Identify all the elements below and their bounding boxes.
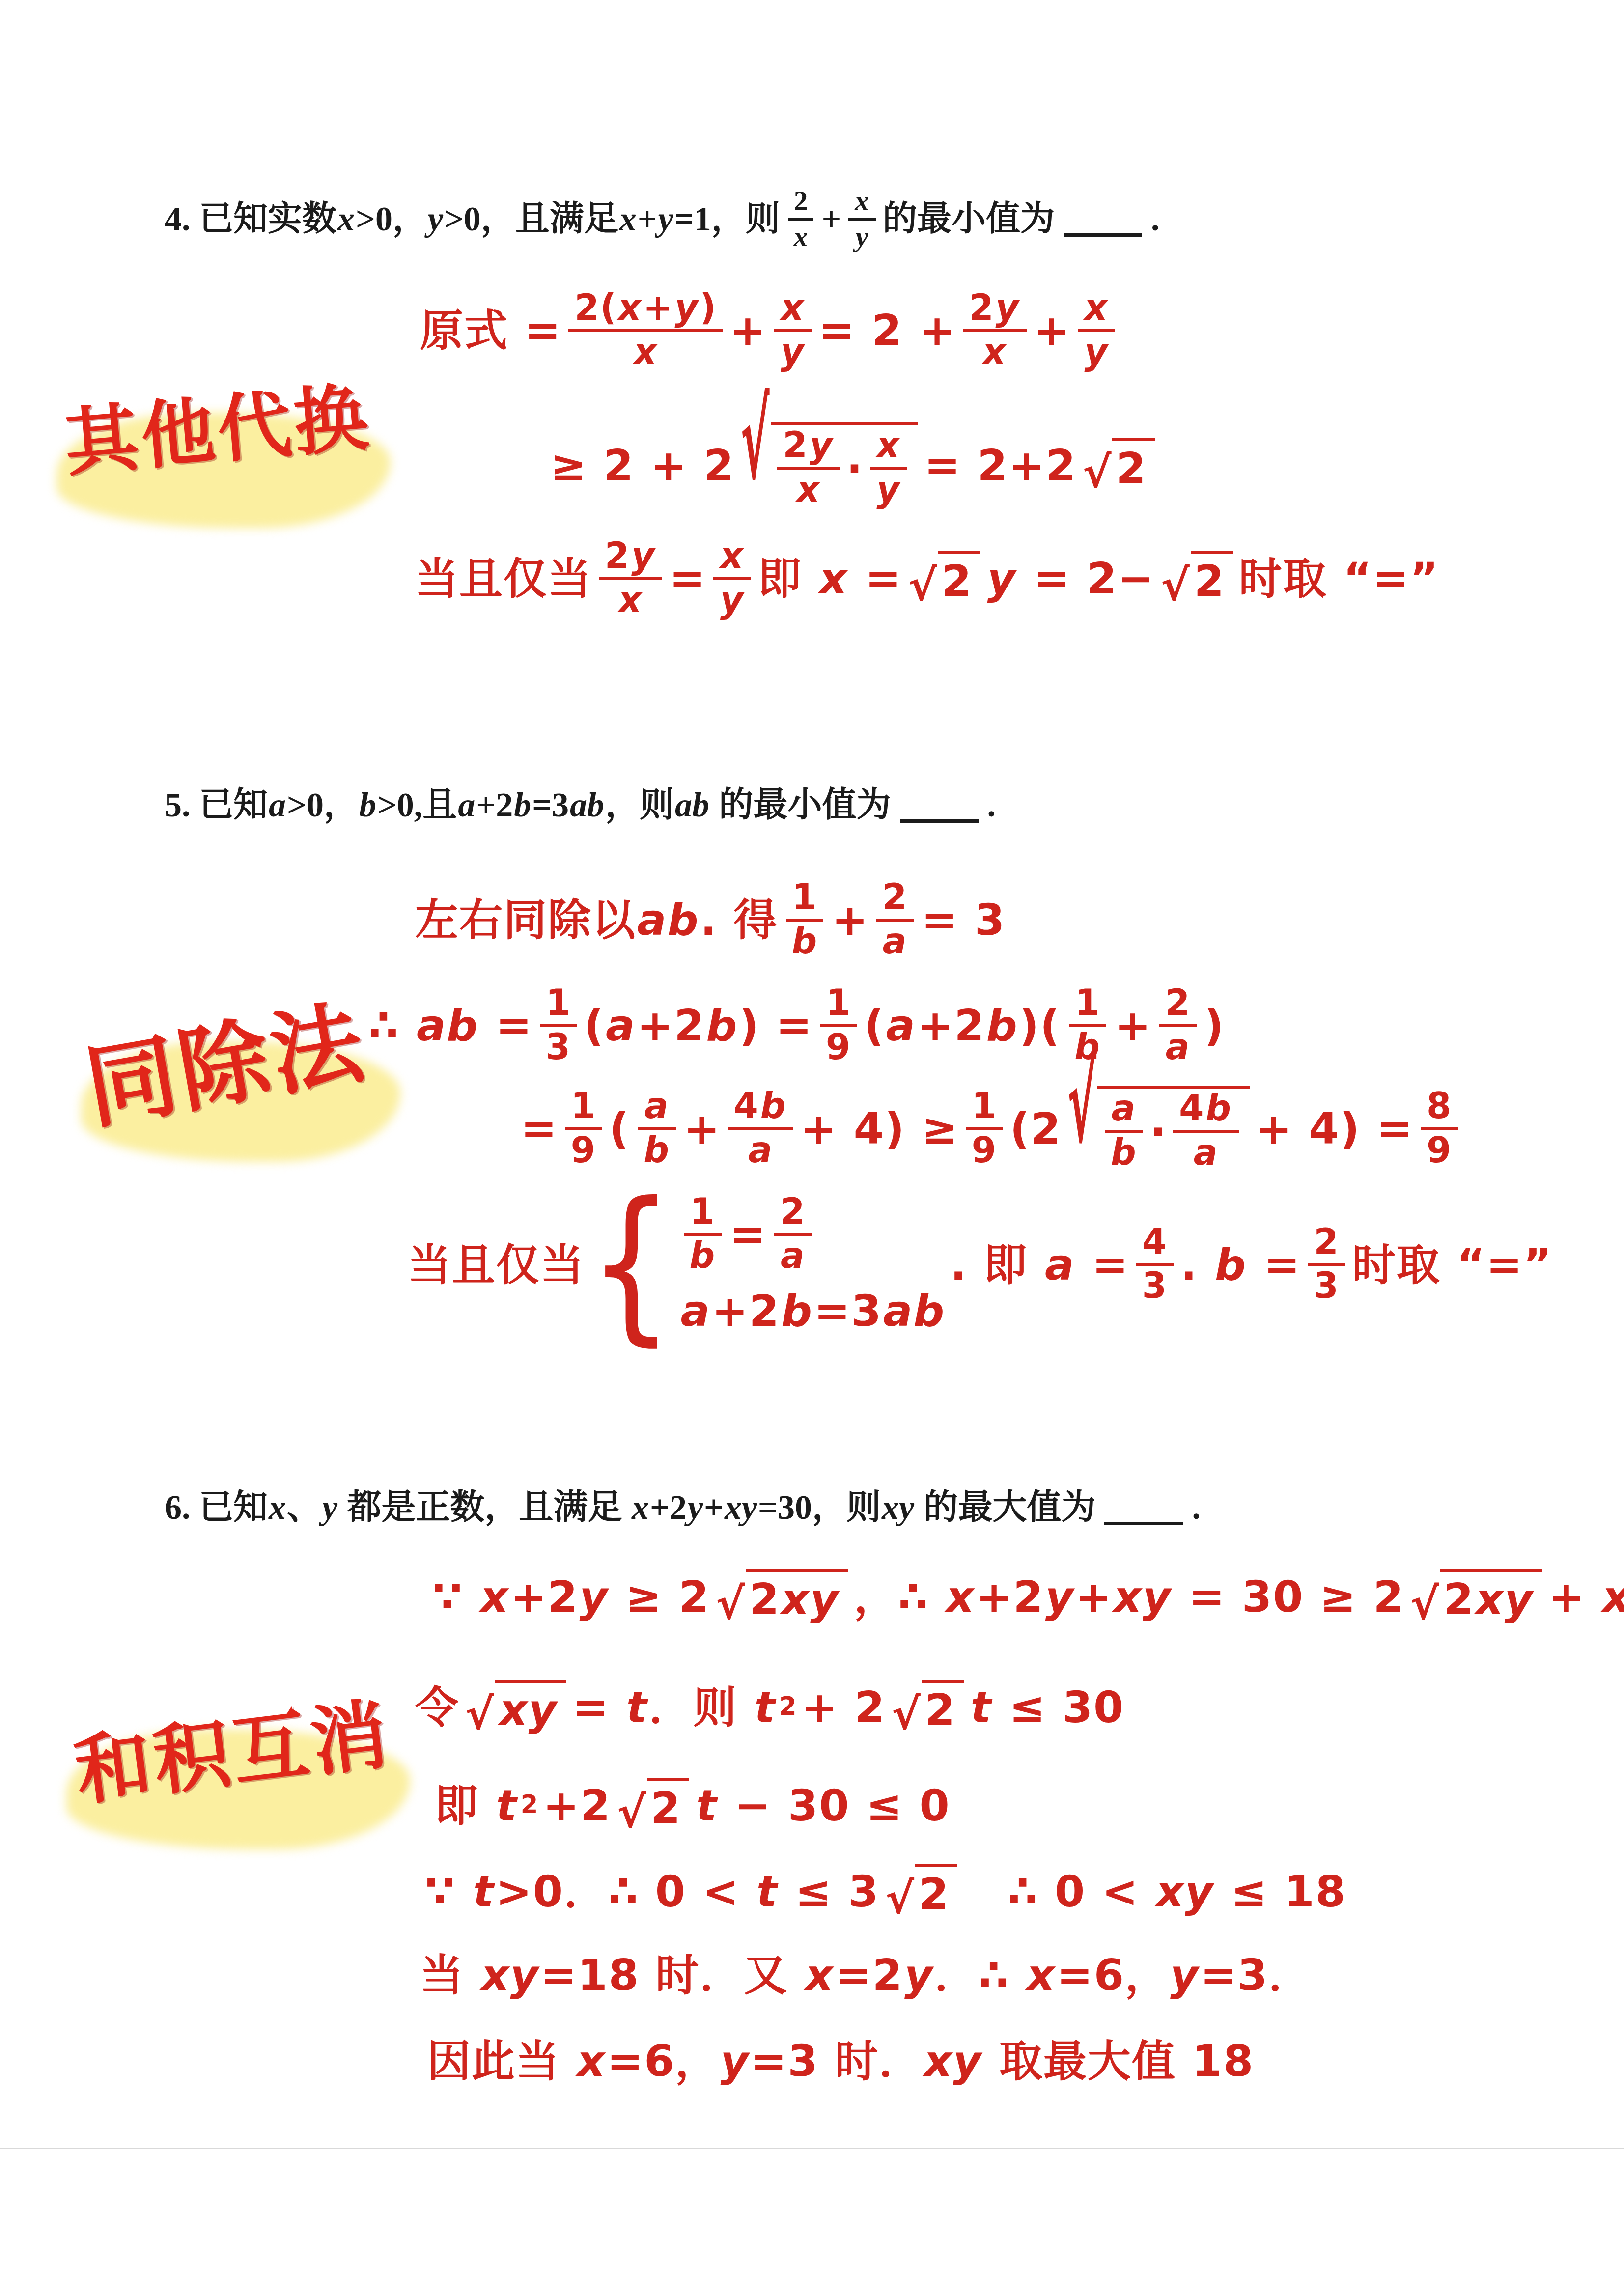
problem-6-solution-line-3: 即 t2+2√2t − 30 ≤ 0 xyxy=(435,1778,951,1833)
problem-5-solution-line-4: 当且仅当{1b=2aa+2b=3ab. 即 a =43. b =23时取 “=” xyxy=(408,1194,1553,1336)
worksheet-page: { "document": { "type": "math-worksheet"… xyxy=(0,0,1624,2295)
problem-5-statement: 5. 已知a>0，b>0,且a+2b=3ab，则ab 的最小值为. xyxy=(165,786,996,826)
problem-6-solution-line-5: 当 xy=18 时．又 x=2y．∴ x=6，y=3． xyxy=(420,1950,1313,2000)
method-label-sum-product: 和积互消 xyxy=(74,1692,390,1801)
problem-4-solution-line-1: 原式 =2(x+y)x+xy= 2 +2yx+xy xyxy=(420,290,1118,371)
problem-5-solution-line-3: =19(ab+4ba+ 4) ≥19(2√ab·4ba+ 4) =89 xyxy=(521,1086,1461,1172)
problem-6-statement: 6. 已知x、y 都是正数，且满足 x+2y+xy=30，则xy 的最大值为. xyxy=(165,1488,1201,1528)
method-label-division: 同除法 xyxy=(84,992,365,1123)
problem-4-solution-line-2: ≥ 2 + 2√2yx·xy= 2+2√2 xyxy=(550,422,1157,509)
method-label-substitution: 其他代换 xyxy=(64,371,370,477)
problem-6-solution-line-2: 令√xy= t．则 t2+ 2√2t ≤ 30 xyxy=(415,1680,1124,1735)
problem-6-solution-line-6: 因此当 x=6，y=3 时．xy 取最大值 18 xyxy=(427,2036,1254,2086)
problem-6-solution-line-4: ∵ t>0．∴ 0 < t ≤ 3√2 ∴ 0 < xy ≤ 18 xyxy=(425,1864,1346,1919)
problem-4-solution-line-3: 当且仅当2yx=xy即 x =√2y = 2−√2时取 “=” xyxy=(415,538,1439,619)
page-divider xyxy=(0,2148,1624,2149)
problem-5-solution-line-1: 左右同除以ab. 得1b+2a= 3 xyxy=(415,879,1006,961)
problem-6-solution-line-1: ∵ x+2y ≥ 2√2xy，∴ x+2y+xy = 30 ≥ 2√2xy+ x… xyxy=(432,1569,1624,1624)
problem-4-statement: 4. 已知实数x>0，y>0，且满足x+y=1，则2x+xy的最小值为. xyxy=(165,187,1160,252)
